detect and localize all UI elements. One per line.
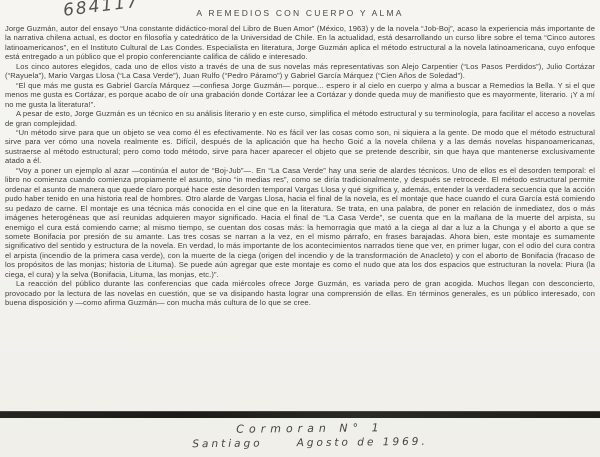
date-handwriting: Agosto de 1969. — [297, 436, 428, 449]
article-paragraph: “Un método sirve para que un objeto se v… — [5, 128, 595, 166]
source-handwriting: Cormoran N° 1 Santiago Agosto de 1969. — [150, 420, 470, 450]
article-paragraph: Jorge Guzmán, autor del ensayo “Una cons… — [5, 24, 595, 62]
article-paragraph: A pesar de esto, Jorge Guzmán es un técn… — [5, 109, 595, 128]
publication-name-handwriting: Cormoran N° 1 — [150, 420, 470, 436]
article-paragraph: La reacción del público durante las conf… — [5, 279, 595, 307]
place-date-handwriting: Santiago Agosto de 1969. — [150, 435, 470, 450]
city-handwriting: Santiago — [192, 437, 262, 450]
article-body: Jorge Guzmán, autor del ensayo “Una cons… — [0, 18, 600, 308]
scanned-article-page: 684117 A REMEDIOS CON CUERPO Y ALMA Jorg… — [0, 0, 600, 457]
article-paragraph: “Voy a poner un ejemplo al azar —continú… — [5, 166, 595, 279]
footer-rule — [0, 411, 600, 418]
article-paragraph: Los cinco autores elegidos, cada uno de … — [5, 62, 595, 81]
article-paragraph: “El que más me gusta es Gabriel García M… — [5, 81, 595, 109]
